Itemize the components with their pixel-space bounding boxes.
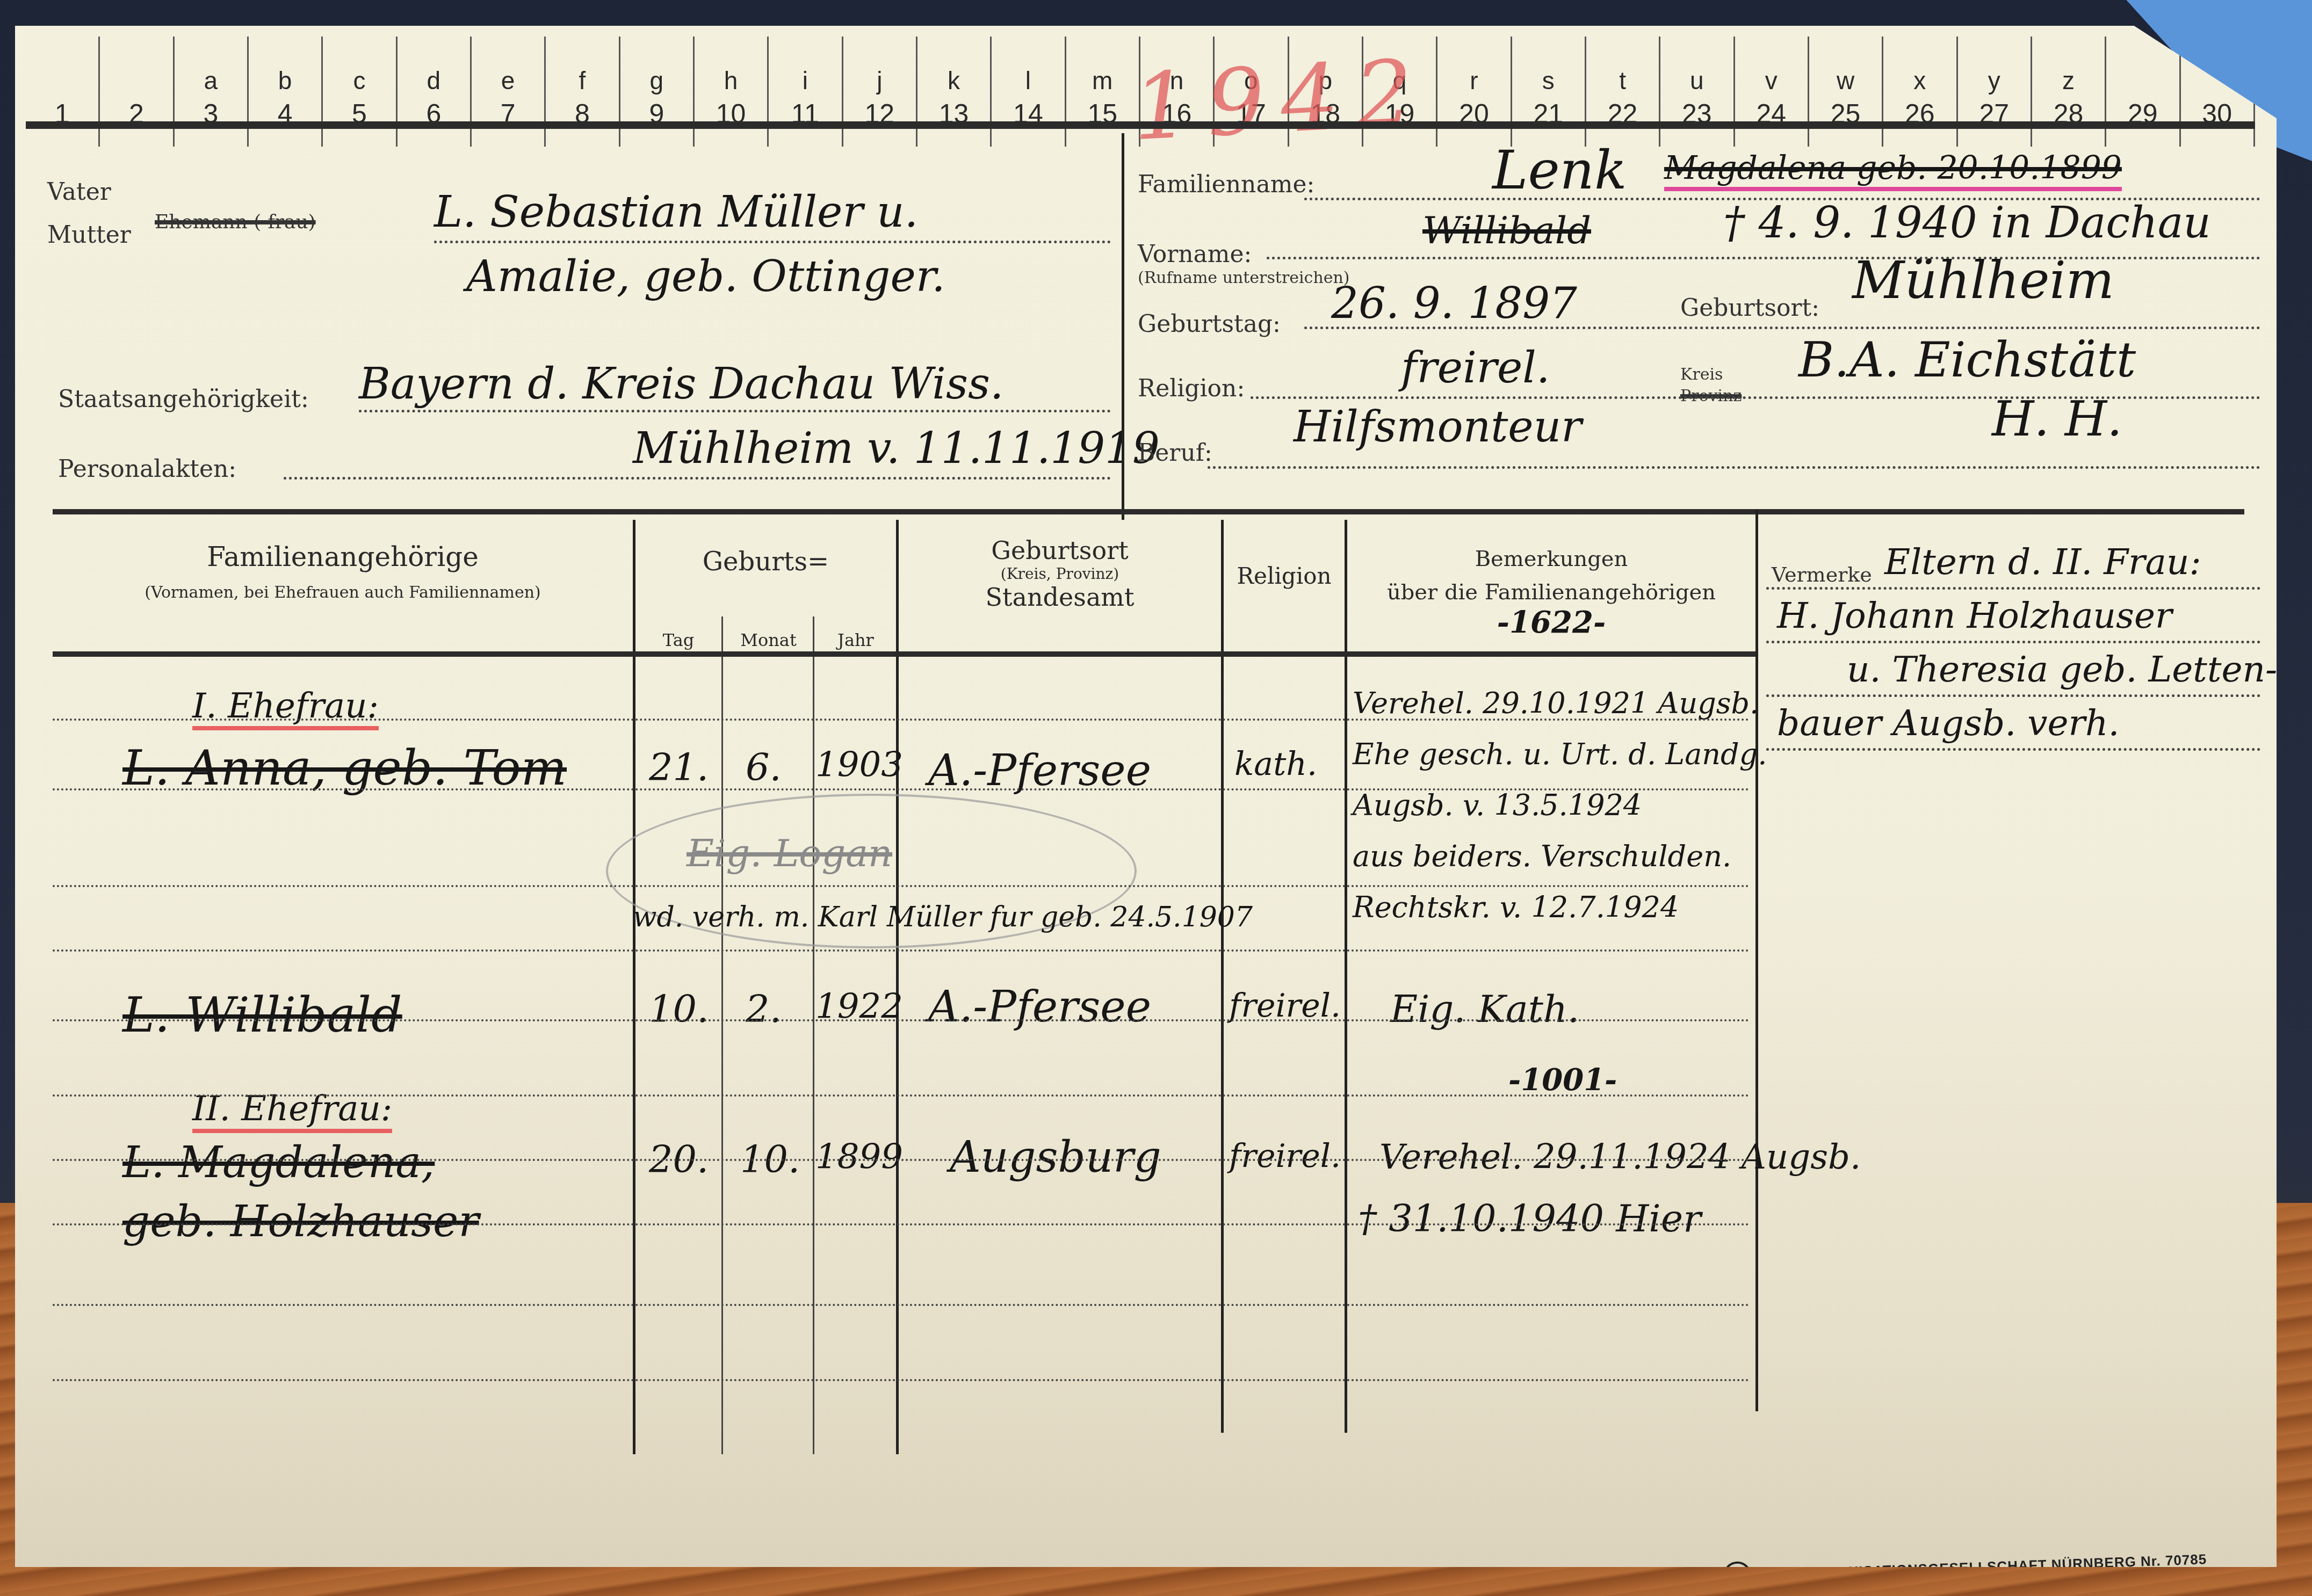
- firstname-struck: Willibald: [1422, 208, 1591, 252]
- death-note: † 4. 9. 1940 in Dachau: [1723, 198, 2211, 248]
- citizenship-value: Bayern d. Kreis Dachau Wiss.: [359, 359, 1003, 409]
- index-letter: w: [1809, 66, 1882, 95]
- header-day: Tag: [635, 630, 721, 650]
- index-letter: t: [1586, 66, 1659, 95]
- dotted-line: [359, 410, 1111, 412]
- birthdate-value: 26. 9. 1897: [1331, 278, 1577, 328]
- divider: [53, 651, 1755, 657]
- row3-remark-2: † 31.10.1940 Hier: [1358, 1196, 1701, 1240]
- dotted-line: [53, 719, 1750, 721]
- index-cell: e7: [472, 37, 546, 147]
- index-cell: z28: [2032, 37, 2106, 147]
- row3-year: 1899: [815, 1137, 903, 1177]
- index-cell: u23: [1660, 37, 1735, 147]
- dotted-line: [53, 885, 1750, 887]
- dotted-line: [1766, 641, 2260, 643]
- header-month: Monat: [724, 630, 813, 650]
- index-letter: l: [992, 66, 1064, 95]
- dotted-line: [53, 788, 1750, 790]
- index-cell: 1: [26, 37, 100, 147]
- dotted-line: [53, 1159, 1750, 1161]
- surname-value: Lenk: [1492, 139, 1627, 201]
- dotted-line: [284, 477, 1111, 480]
- firstname-label: Vorname:: [1138, 241, 1252, 268]
- index-letter: d: [398, 66, 470, 95]
- column-divider: [813, 616, 814, 1454]
- index-cell: a3: [175, 37, 249, 147]
- header-family-members: Familienangehörige (Vornamen, bei Ehefra…: [53, 541, 633, 602]
- dotted-line: [53, 949, 1750, 952]
- dotted-line: [1766, 587, 2260, 590]
- row2-birthplace: A.-Pfersee: [928, 982, 1151, 1032]
- index-letter: e: [472, 66, 544, 95]
- index-cell: g9: [620, 37, 695, 147]
- dotted-line: [1304, 327, 2260, 329]
- remark-line: Augsb. v. 13.5.1924: [1353, 788, 1642, 822]
- row1-day: 21.: [649, 745, 709, 789]
- column-divider: [721, 616, 723, 1454]
- index-letter: u: [1660, 66, 1733, 95]
- birthplace-value: Mühlheim: [1852, 251, 2114, 310]
- index-letter: a: [175, 66, 247, 95]
- index-letter: i: [769, 66, 841, 95]
- dotted-line: [1766, 694, 2260, 697]
- index-cell: r20: [1437, 37, 1512, 147]
- index-letter: y: [1958, 66, 2031, 95]
- column-divider: [633, 520, 635, 1454]
- parents-label: Vater Mutter: [47, 171, 131, 257]
- district-label: Kreis Provinz: [1680, 364, 1742, 407]
- row1-month: 6.: [746, 745, 782, 789]
- column-divider: [1221, 520, 1224, 1433]
- row2-month: 2.: [746, 987, 782, 1031]
- index-letter: x: [1883, 66, 1956, 95]
- header-birthplace: Geburtsort (Kreis, Provinz) Standesamt: [899, 536, 1221, 612]
- remark-line: Rechtskr. v. 12.7.1924: [1353, 890, 1679, 924]
- father-label: Vater: [47, 171, 131, 214]
- dotted-line: [53, 1019, 1750, 1021]
- dotted-line: [53, 1304, 1750, 1306]
- mother-label: Mutter: [47, 214, 131, 257]
- spouse-label-struck: Ehemann (-frau): [155, 211, 316, 233]
- note-line: H. Johann Holzhauser: [1777, 595, 2172, 636]
- index-letter: m: [1066, 66, 1139, 95]
- row3-name-2: geb. Holzhauser: [122, 1196, 479, 1246]
- note-line: bauer Augsb. verh.: [1777, 702, 2120, 744]
- row3-remarks-number: -1001-: [1508, 1062, 1617, 1098]
- parents-line-1: L. Sebastian Müller u.: [434, 187, 918, 237]
- row3-religion: freirel.: [1229, 1137, 1341, 1175]
- dotted-line: [53, 1379, 1750, 1381]
- occupation-label: Beruf:: [1138, 439, 1212, 467]
- parents-line-2: Amalie, geb. Ottinger.: [466, 251, 945, 301]
- birthplace-label: Geburtsort:: [1680, 294, 1819, 322]
- index-cell: j12: [843, 37, 917, 147]
- occupation-extra: H. H.: [1992, 391, 2122, 447]
- religion-label: Religion:: [1138, 375, 1245, 402]
- header-remarks: Bemerkungen über die Familienangehörigen…: [1347, 547, 1755, 640]
- surname-label: Familienname:: [1138, 171, 1314, 198]
- dotted-line: [53, 1223, 1750, 1225]
- personnel-files-value: Mühlheim v. 11.11.1919: [633, 423, 1160, 473]
- dotted-line: [1766, 748, 2260, 751]
- index-letter: j: [843, 66, 916, 95]
- index-cell: 2: [100, 37, 174, 147]
- index-letter: g: [620, 66, 693, 95]
- occupation-value: Hilfsmonteur: [1294, 402, 1581, 452]
- index-cell: x26: [1883, 37, 1957, 147]
- personnel-files-label: Personalakten:: [58, 455, 236, 483]
- index-cell: h10: [695, 37, 769, 147]
- index-cell: y27: [1958, 37, 2032, 147]
- header-religion: Religion: [1224, 563, 1345, 589]
- index-letter: z: [2032, 66, 2105, 95]
- index-cell: l14: [992, 37, 1066, 147]
- index-letter: h: [695, 66, 767, 95]
- firstname-sublabel: (Rufname unterstreichen): [1138, 269, 1350, 287]
- dotted-line: [434, 241, 1111, 243]
- surname-struck: Magdalena geb. 20.10.1899: [1664, 149, 2122, 187]
- note-line: Eltern d. II. Frau:: [1884, 541, 2201, 583]
- row2-remarks: Eig. Kath.: [1390, 987, 1579, 1031]
- row3-birthplace: Augsburg: [950, 1132, 1161, 1182]
- index-cell: s21: [1512, 37, 1586, 147]
- red-year-annotation: 1942: [1130, 40, 1432, 162]
- index-letter: b: [249, 66, 321, 95]
- header-year: Jahr: [815, 630, 896, 650]
- index-cell: w25: [1809, 37, 1883, 147]
- header-birth: Geburts=: [635, 547, 896, 577]
- header-divider: [1122, 133, 1124, 520]
- column-divider: [1345, 520, 1347, 1433]
- index-letter: r: [1437, 66, 1510, 95]
- index-cell: 29: [2106, 37, 2180, 147]
- district-value: B.A. Eichstätt: [1798, 332, 2136, 388]
- index-cell: i11: [769, 37, 843, 147]
- family-register-card: 12a3b4c5d6e7f8g9h10i11j12k13l14m15n16o17…: [15, 26, 2277, 1567]
- index-cell: b4: [249, 37, 323, 147]
- divider: [26, 121, 2255, 129]
- index-cell: v24: [1735, 37, 1809, 147]
- index-cell: d6: [398, 37, 472, 147]
- religion-value: freirel.: [1401, 343, 1550, 393]
- row1-religion: kath.: [1234, 745, 1317, 783]
- index-letter: s: [1512, 66, 1585, 95]
- row3-name: L. Magdalena,: [122, 1137, 435, 1187]
- index-letter: v: [1735, 66, 1808, 95]
- index-letter: k: [917, 66, 990, 95]
- remarriage-note: wd. verh. m. Karl Müller fur geb. 24.5.1…: [633, 901, 1253, 933]
- index-cell: f8: [546, 37, 620, 147]
- remark-line: Ehe gesch. u. Urt. d. Landg.: [1353, 737, 1767, 771]
- note-line: u. Theresia geb. Letten-: [1847, 649, 2277, 690]
- row2-name: L. Willibald: [122, 987, 402, 1043]
- citizenship-label: Staatsangehörigkeit:: [58, 386, 309, 413]
- index-letter: c: [323, 66, 395, 95]
- column-divider: [1755, 509, 1758, 1411]
- dotted-line: [53, 1094, 1750, 1097]
- notes-label: Vermerke: [1772, 563, 1872, 586]
- index-cell: m15: [1066, 37, 1140, 147]
- index-letter: f: [546, 66, 618, 95]
- row3-remark-1: Verehel. 29.11.1924 Augsb.: [1379, 1137, 1861, 1177]
- pencil-note: Eig. Logan: [687, 831, 892, 875]
- index-cell: c5: [323, 37, 397, 147]
- row2-day: 10.: [649, 987, 709, 1031]
- divider: [53, 509, 2244, 514]
- dotted-line: [1208, 466, 2260, 469]
- birthdate-label: Geburtstag:: [1138, 310, 1281, 338]
- remark-line: Verehel. 29.10.1921 Augsb.: [1353, 686, 1759, 720]
- index-cell: k13: [917, 37, 992, 147]
- index-cell: t22: [1586, 37, 1660, 147]
- remark-line: aus beiders. Verschulden.: [1353, 839, 1731, 873]
- row1-year: 1903: [815, 745, 903, 785]
